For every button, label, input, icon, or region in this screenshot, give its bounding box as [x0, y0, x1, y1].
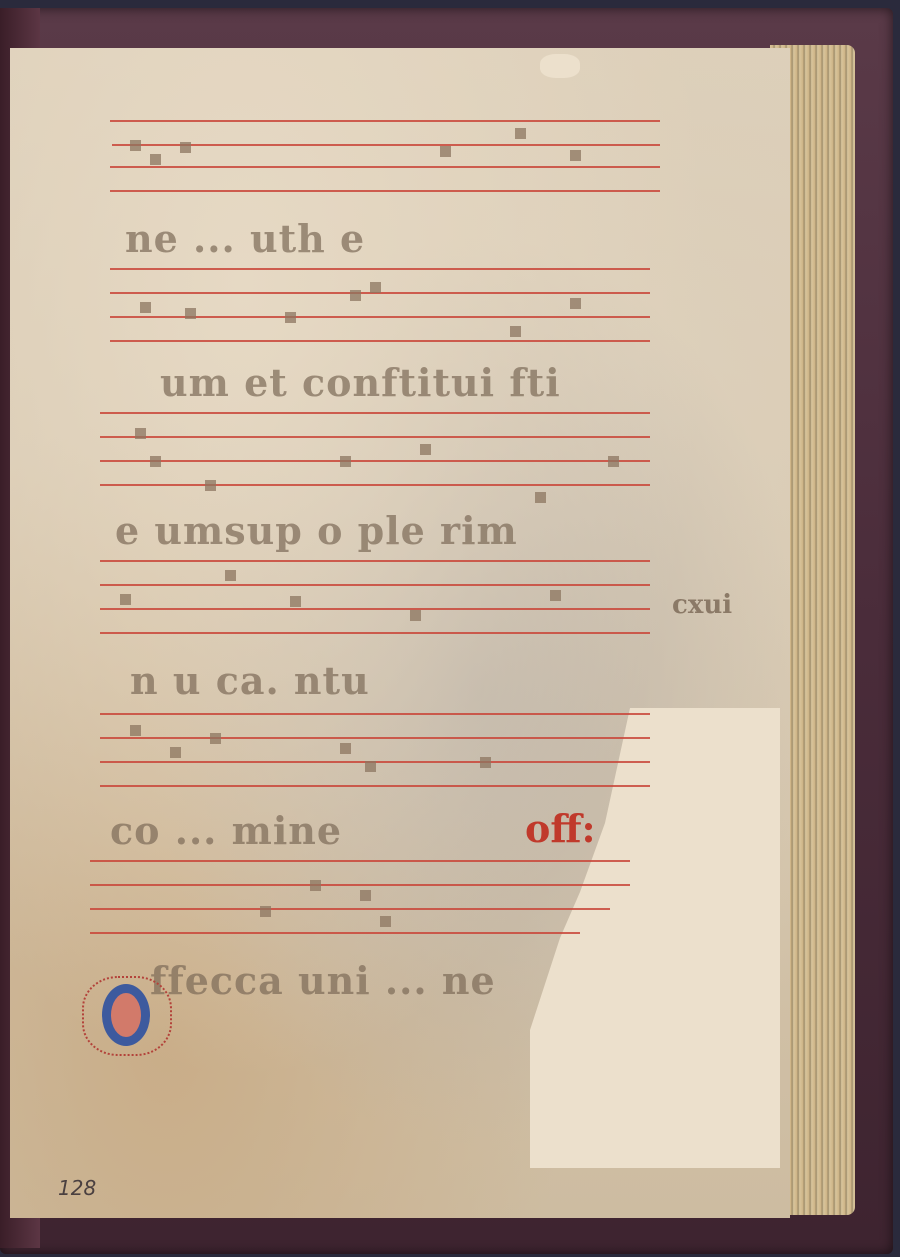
illuminated-initial-o: [82, 976, 172, 1056]
restored-parchment-patch: [530, 708, 780, 1168]
text-line-6: ffecca uni ... ne: [150, 958, 496, 1003]
folio-number: 128: [58, 1176, 96, 1200]
torn-corner-top: [540, 54, 580, 78]
text-line-5: co ... mine: [110, 808, 342, 853]
manuscript-leaf: ne ... uth e um et conftitui fti e umsup…: [10, 48, 790, 1218]
text-line-1: ne ... uth e: [125, 216, 365, 261]
text-line-3: e umsup o ple rim: [115, 508, 518, 553]
text-line-4: n u ca. ntu: [130, 658, 370, 703]
rubric-offertory: off:: [525, 806, 596, 851]
initial-letter-o: [102, 984, 150, 1046]
text-line-2: um et conftitui fti: [160, 360, 561, 405]
margin-text-fragment: cxui: [672, 590, 732, 620]
